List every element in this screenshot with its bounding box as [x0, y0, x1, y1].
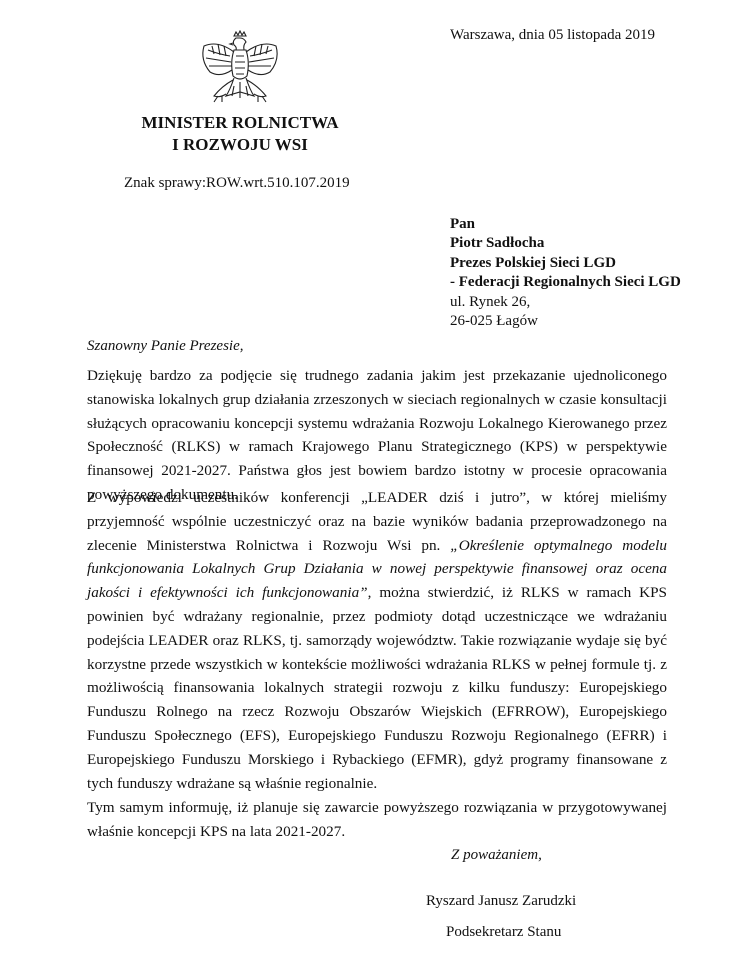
addressee-position: Prezes Polskiej Sieci LGD	[450, 254, 681, 273]
closing: Z poważaniem,	[451, 847, 542, 864]
ministry-line-1: MINISTER ROLNICTWA	[110, 112, 370, 134]
addressee-salutation: Pan	[450, 215, 681, 234]
addressee-street: ul. Rynek 26,	[450, 293, 681, 312]
paragraph-2: Z wypowiedzi uczestników konferencji „LE…	[87, 486, 667, 795]
paragraph-3: Tym samym informuję, iż planuje się zawa…	[87, 796, 667, 844]
ministry-heading: MINISTER ROLNICTWA I ROZWOJU WSI	[110, 112, 370, 156]
signer-title: Podsekretarz Stanu	[446, 924, 561, 941]
ministry-line-2: I ROZWOJU WSI	[110, 134, 370, 156]
date-place: Warszawa, dnia 05 listopada 2019	[450, 27, 655, 44]
addressee-block: Pan Piotr Sadłocha Prezes Polskiej Sieci…	[450, 215, 681, 331]
paragraph-2-body: , można stwierdzić, iż RLKS w ramach KPS…	[87, 584, 667, 791]
addressee-organization: - Federacji Regionalnych Sieci LGD	[450, 273, 681, 292]
case-reference: Znak sprawy:ROW.wrt.510.107.2019	[124, 175, 350, 192]
greeting: Szanowny Panie Prezesie,	[87, 338, 244, 355]
addressee-postal-city: 26-025 Łagów	[450, 312, 681, 331]
polish-eagle-emblem-icon	[196, 30, 284, 110]
signer-name: Ryszard Janusz Zarudzki	[426, 893, 576, 910]
addressee-name: Piotr Sadłocha	[450, 234, 681, 253]
